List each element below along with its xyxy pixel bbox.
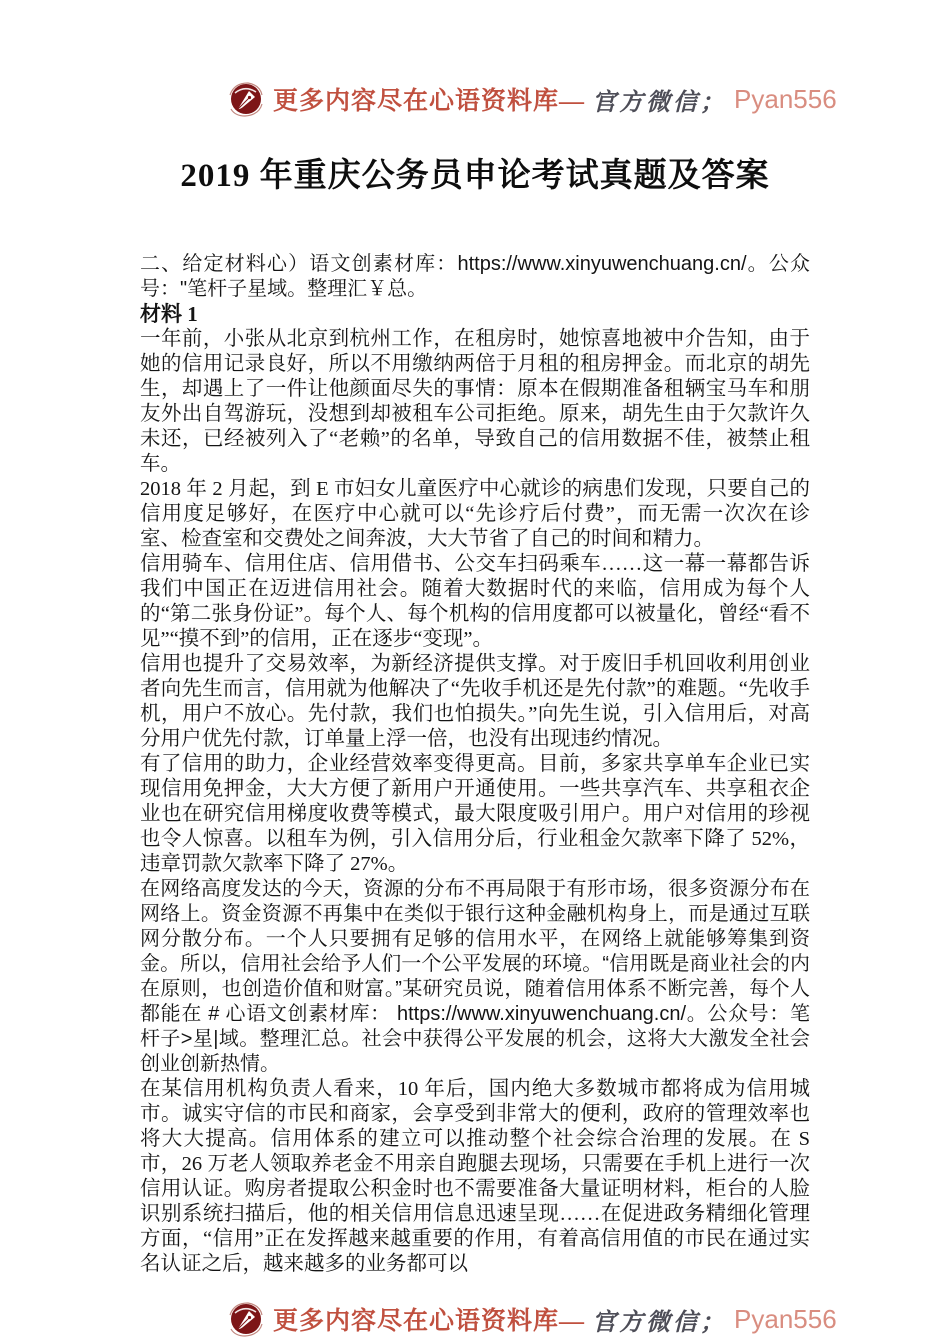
section-heading: 二、给定材料心）语文创素材库：https://www.xinyuwenchuan… xyxy=(140,252,810,302)
paragraph: 在某信用机构负责人看来，10 年后，国内绝大多数城市都将成为信用城市。诚实守信的… xyxy=(140,1077,810,1277)
brand-text: 更多内容尽在心语资料库— xyxy=(273,81,585,117)
paragraph: 一年前，小张从北京到杭州工作，在租房时，她惊喜地被中介告知，由于她的信用记录良好… xyxy=(140,327,810,477)
brand-text: 更多内容尽在心语资料库— xyxy=(273,1301,585,1337)
wechat-label: 官方微信； xyxy=(592,1302,727,1337)
paragraph: 2018 年 2 月起，到 E 市妇女儿童医疗中心就诊的病患们发现，只要自己的信… xyxy=(140,477,810,552)
pen-nib-logo-icon xyxy=(226,1299,266,1339)
material-1-heading: 材料 1 xyxy=(140,302,810,327)
footer-brand: 更多内容尽在心语资料库— 官方微信； Pyan556 xyxy=(226,1299,810,1339)
header-brand: 更多内容尽在心语资料库— 官方微信； Pyan556 xyxy=(226,0,810,119)
paragraph: 信用骑车、信用住店、信用借书、公交车扫码乘车……这一幕一幕都告诉我们中国正在迈进… xyxy=(140,552,810,652)
wechat-label: 官方微信； xyxy=(592,82,727,117)
paragraph: 信用也提升了交易效率，为新经济提供支撑。对于废旧手机回收利用创业者向先生而言，信… xyxy=(140,652,810,752)
wechat-id: Pyan556 xyxy=(734,84,837,115)
paragraph: 在网络高度发达的今天，资源的分布不再局限于有形市场，很多资源分布在网络上。资金资… xyxy=(140,877,810,1077)
pen-nib-logo-icon xyxy=(226,79,266,119)
document-page: 更多内容尽在心语资料库— 官方微信； Pyan556 2019 年重庆公务员申论… xyxy=(0,0,950,1344)
document-body: 二、给定材料心）语文创素材库：https://www.xinyuwenchuan… xyxy=(140,252,810,1277)
page-title: 2019 年重庆公务员申论考试真题及答案 xyxy=(140,149,810,196)
wechat-id: Pyan556 xyxy=(734,1304,837,1335)
paragraph: 有了信用的助力，企业经营效率变得更高。目前，多家共享单车企业已实现信用免押金，大… xyxy=(140,752,810,877)
